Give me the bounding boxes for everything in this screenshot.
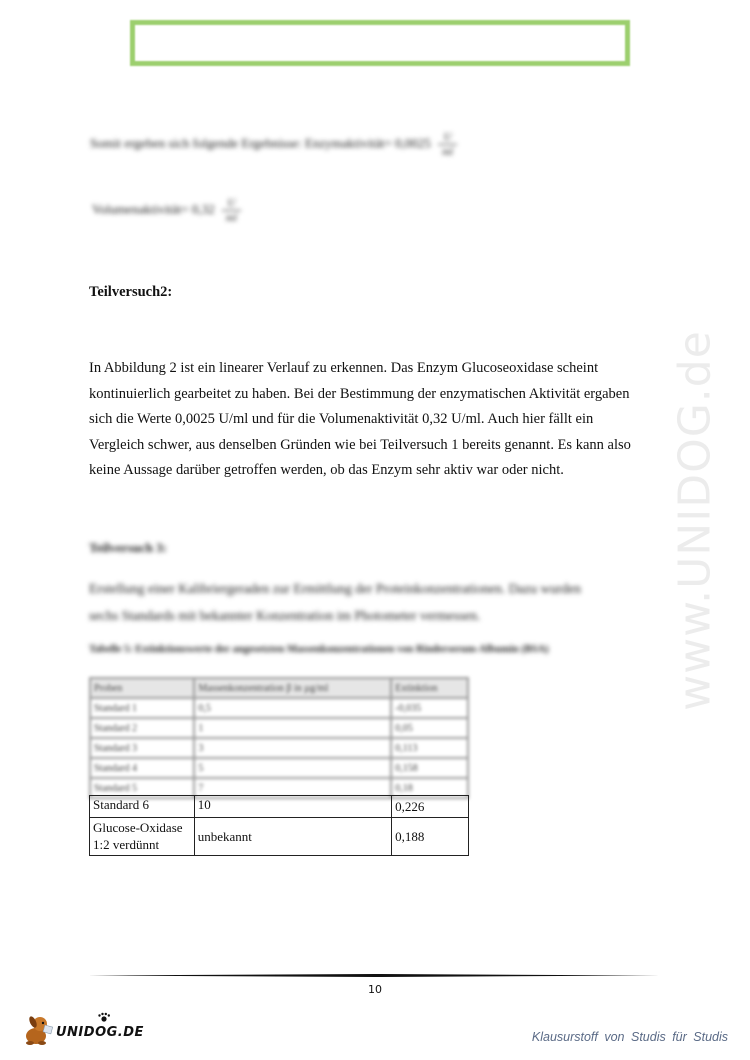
- table-cell: Standard 2: [90, 718, 194, 738]
- unit-fraction: U ml: [438, 130, 457, 159]
- table-cell: 0,5: [194, 698, 391, 718]
- table-cell: 0,05: [391, 718, 468, 738]
- section-heading-teilversuch3: Teilversuch 3:: [89, 540, 167, 556]
- paragraph-line: kontinuierlich gearbeitet zu haben. Bei …: [89, 382, 664, 408]
- table-row: Standard 4 5 0,158: [90, 758, 468, 778]
- table-cell: 1: [194, 718, 391, 738]
- section2-paragraph: In Abbildung 2 ist ein linearer Verlauf …: [89, 356, 664, 484]
- unit-denominator: ml: [222, 211, 241, 225]
- footer-divider: [88, 974, 660, 977]
- paragraph-line: sich die Werte 0,0025 U/ml und für die V…: [89, 407, 664, 433]
- unit-denominator: ml: [438, 145, 457, 159]
- unit-fraction: U ml: [222, 196, 241, 225]
- table-cell: -0,035: [391, 698, 468, 718]
- paragraph-line: Erstellung einer Kalibriergeraden zur Er…: [89, 575, 664, 602]
- paragraph-line: In Abbildung 2 ist ein linearer Verlauf …: [89, 356, 664, 382]
- paragraph-line: sechs Standards mit bekannter Konzentrat…: [89, 602, 664, 629]
- footer-tagline: Klausurstoff von Studis für Studis: [532, 1030, 728, 1044]
- highlight-box: [130, 20, 630, 66]
- header-cell: Extinktion: [391, 678, 468, 698]
- table-cell: Standard 3: [90, 738, 194, 758]
- probe-line: Glucose-Oxidase: [93, 820, 183, 835]
- table-cell: 5: [194, 758, 391, 778]
- header-cell: Proben: [90, 678, 194, 698]
- table-cell: 0,113: [391, 738, 468, 758]
- logo-text: UNIDOG.DE: [56, 1025, 144, 1040]
- result-volume-activity-text: Volumenaktivität= 0,32: [92, 201, 215, 216]
- table-cell: Standard 1: [90, 698, 194, 718]
- probe-line: 1:2 verdünnt: [93, 837, 159, 852]
- table-cell-extinction: 0,188: [392, 818, 469, 856]
- section-heading-teilversuch2: Teilversuch2:: [89, 284, 172, 301]
- table-header-row: Proben Massenkonzentration β in µg/ml Ex…: [90, 678, 468, 698]
- table-row: Standard 3 3 0,113: [90, 738, 468, 758]
- section3-paragraph: Erstellung einer Kalibriergeraden zur Er…: [89, 575, 664, 629]
- table-cell-concentration: unbekannt: [194, 818, 391, 856]
- table-cell-probe: Standard 6: [90, 796, 195, 818]
- result-enzyme-activity-text: Somit ergeben sich folgende Ergebnisse: …: [90, 135, 431, 150]
- watermark: www.UNIDOG.de: [670, 291, 721, 751]
- table-row: Standard 2 1 0,05: [90, 718, 468, 738]
- table-cell: 3: [194, 738, 391, 758]
- page-number: 10: [0, 983, 750, 996]
- data-table-blurred: Proben Massenkonzentration β in µg/ml Ex…: [89, 677, 469, 799]
- table-row: Standard 6 10 0,226: [90, 796, 469, 818]
- table-cell: Standard 4: [90, 758, 194, 778]
- unit-numerator: U: [222, 196, 241, 211]
- table-row: Standard 1 0,5 -0,035: [90, 698, 468, 718]
- result-volume-activity: Volumenaktivität= 0,32 U ml: [92, 196, 241, 225]
- unit-numerator: U: [438, 130, 457, 145]
- table-cell-probe: Glucose-Oxidase 1:2 verdünnt: [90, 818, 195, 856]
- header-cell: Massenkonzentration β in µg/ml: [194, 678, 391, 698]
- data-table-visible: Standard 6 10 0,226 Glucose-Oxidase 1:2 …: [89, 795, 469, 856]
- table-cell: 0,158: [391, 758, 468, 778]
- table-row: Glucose-Oxidase 1:2 verdünnt unbekannt 0…: [90, 818, 469, 856]
- table-cell-concentration: 10: [194, 796, 391, 818]
- table-caption: Tabelle 5: Extinktionswerte der angesetz…: [89, 644, 549, 655]
- paragraph-line: Vergleich schwer, aus denselben Gründen …: [89, 433, 664, 459]
- result-enzyme-activity: Somit ergeben sich folgende Ergebnisse: …: [90, 130, 457, 159]
- table-cell-extinction: 0,226: [392, 796, 469, 818]
- paragraph-line: keine Aussage darüber getroffen werden, …: [89, 458, 664, 484]
